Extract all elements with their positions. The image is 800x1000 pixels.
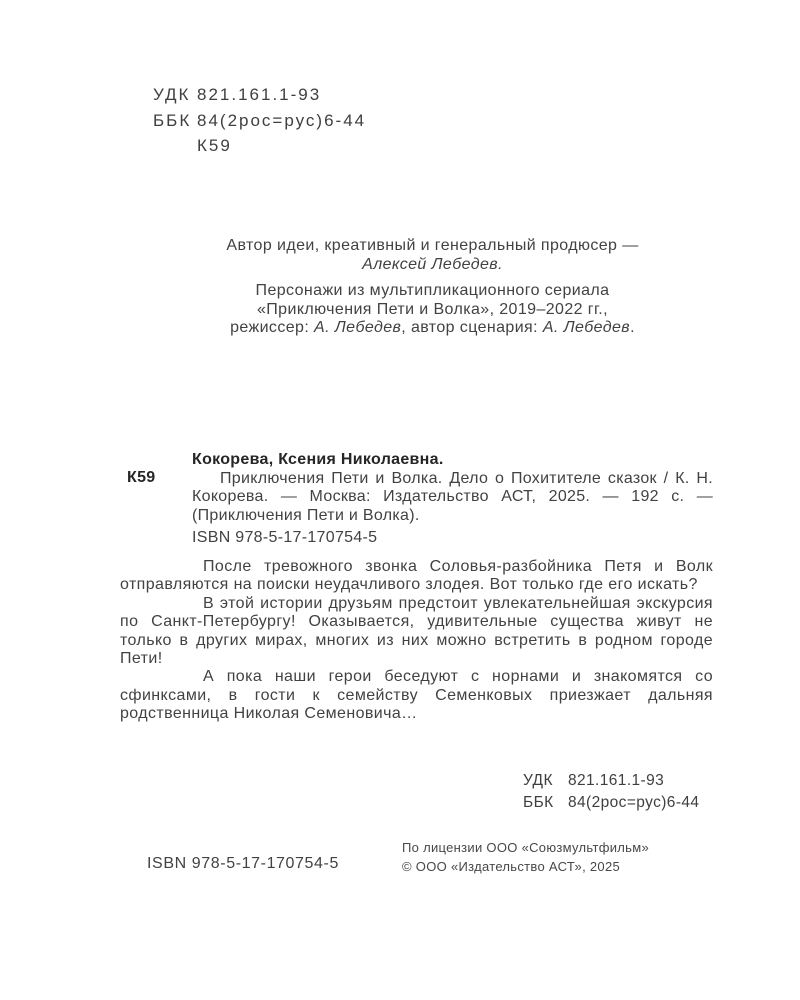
- bottom-bbk-row: ББК 84(2рос=рус)6-44: [523, 792, 699, 814]
- bbk-label: ББК: [153, 108, 197, 134]
- annotation-paragraph-1: После тревожного звонка Соловья-разбойни…: [120, 558, 713, 595]
- bbk-row: ББК 84(2рос=рус)6-44: [153, 108, 366, 134]
- catalog-entry: Приключения Пети и Волка. Дело о Похитит…: [192, 470, 713, 526]
- producer-name-line: Алексей Лебедев.: [152, 256, 713, 275]
- license-line: По лицензии ООО «Союзмультфильм»: [402, 839, 649, 858]
- bottom-bbk-label: ББК: [523, 792, 568, 814]
- director-label: режиссер:: [230, 319, 314, 336]
- catalog-isbn: ISBN 978-5-17-170754-5: [192, 529, 713, 548]
- catalog-margin-code: К59: [127, 469, 155, 487]
- writer-suffix: .: [630, 319, 635, 336]
- footer-isbn: ISBN 978-5-17-170754-5: [147, 855, 339, 873]
- producer-credit-line: Автор идеи, креативный и генеральный про…: [152, 237, 713, 256]
- director-writer-line: режиссер: А. Лебедев, автор сценария: А.…: [152, 319, 713, 338]
- license-block: По лицензии ООО «Союзмультфильм» © ООО «…: [402, 839, 649, 876]
- author-sign-spacer: [153, 133, 197, 159]
- annotation-block: После тревожного звонка Соловья-разбойни…: [120, 558, 713, 724]
- udk-row: УДК 821.161.1-93: [153, 82, 366, 108]
- writer-label: , автор сценария:: [401, 319, 543, 336]
- series-credit-line-2: «Приключения Пети и Волка», 2019–2022 гг…: [152, 301, 713, 320]
- catalog-card-block: Кокорева, Ксения Николаевна. Приключения…: [192, 451, 713, 548]
- writer-name: А. Лебедев: [543, 319, 630, 336]
- bottom-udk-label: УДК: [523, 770, 568, 792]
- credits-block: Автор идеи, креативный и генеральный про…: [152, 237, 713, 338]
- copyright-page: УДК 821.161.1-93 ББК 84(2рос=рус)6-44 К5…: [0, 0, 800, 1000]
- bbk-value: 84(2рос=рус)6-44: [197, 108, 366, 134]
- bottom-bbk-value: 84(2рос=рус)6-44: [568, 792, 699, 814]
- series-credit-line-1: Персонажи из мультипликационного сериала: [152, 282, 713, 301]
- bottom-udk-value: 821.161.1-93: [568, 770, 664, 792]
- udk-value: 821.161.1-93: [197, 82, 321, 108]
- author-sign-value: К59: [197, 133, 232, 159]
- udk-label: УДК: [153, 82, 197, 108]
- copyright-line: © ООО «Издательство АСТ», 2025: [402, 858, 649, 877]
- annotation-paragraph-2: В этой истории друзьям предстоит увлекат…: [120, 595, 713, 669]
- catalog-author-heading: Кокорева, Ксения Николаевна.: [192, 451, 713, 470]
- top-bibliographic-codes: УДК 821.161.1-93 ББК 84(2рос=рус)6-44 К5…: [153, 82, 366, 159]
- producer-name: Алексей Лебедев.: [362, 256, 503, 273]
- annotation-paragraph-3: А пока наши герои беседуют с норнами и з…: [120, 668, 713, 723]
- bottom-udk-row: УДК 821.161.1-93: [523, 770, 699, 792]
- bottom-bibliographic-codes: УДК 821.161.1-93 ББК 84(2рос=рус)6-44: [523, 770, 699, 814]
- author-sign-row: К59: [153, 133, 366, 159]
- director-name: А. Лебедев: [314, 319, 401, 336]
